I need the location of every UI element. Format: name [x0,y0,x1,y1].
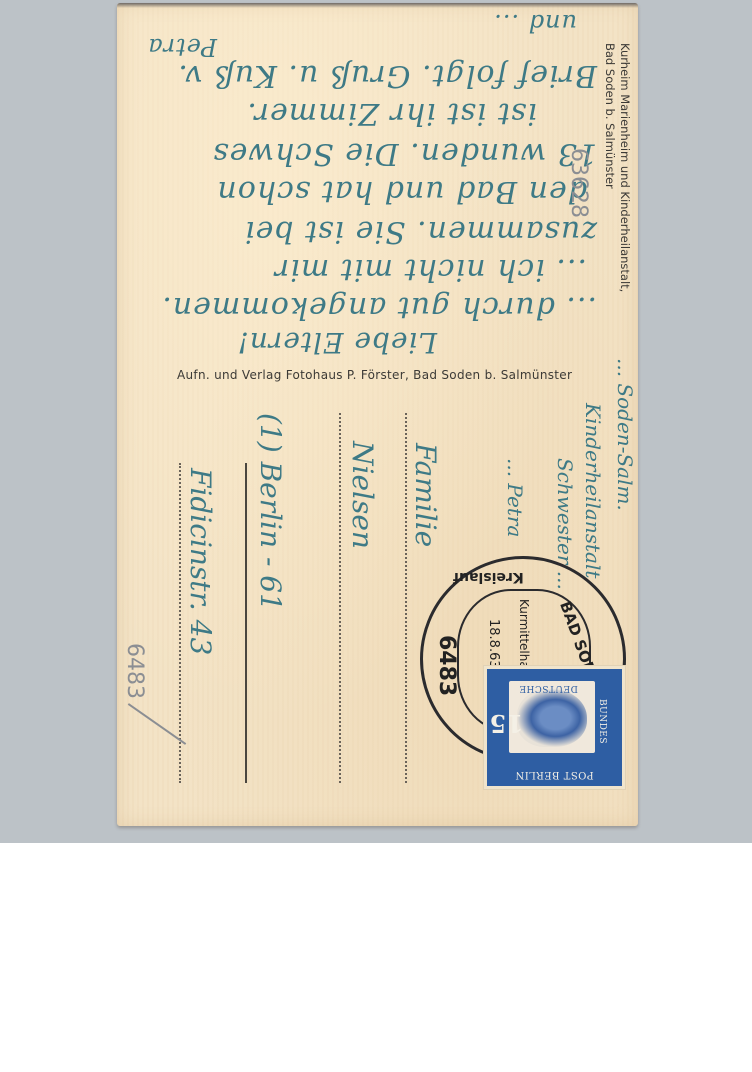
postcard: Liebe Eltern! ... durch gut angekommen. … [117,3,638,826]
message-line: 13 wunden. Die Schwes [212,136,597,171]
address-line-divider [179,463,181,783]
printed-vertical-caption: Kurheim Marienheim und Kinderheilanstalt… [592,43,632,333]
address-line-divider [339,413,341,783]
message-line: ... ich nicht mit mir [274,252,587,287]
message-line: Brief folgt. Gruß u. Kuß v. [177,58,597,93]
stamp-issuer-top: DEUTSCHE [519,683,578,693]
caption-line: Kurheim Marienheim und Kinderheilanstalt… [617,43,632,333]
publisher-caption: Aufn. und Verlag Fotohaus P. Förster, Ba… [177,368,572,382]
postmark-date: 18.8.63 [486,619,501,669]
address-line-1: Familie [409,443,442,547]
address-line-divider [405,413,407,783]
pencil-catalog-number-left: 6483 [122,643,147,699]
address-line-3: (1) Berlin - 61 [254,413,287,611]
message-line: zusammen. Sie ist bei [244,214,597,249]
handwritten-message: Liebe Eltern! ... durch gut angekommen. … [127,9,597,359]
message-line: ... durch gut angekommen. [161,290,597,325]
sender-line: ... Petra [503,458,527,537]
pencil-catalog-number: 63628 [566,148,591,218]
sender-line: ... Soden-Salm. [613,358,637,511]
postmark-zip: 6483 [434,635,459,696]
stamp-portrait-icon [517,689,587,747]
stamp-side-text: BUNDES [597,699,607,744]
caption-line: Bad Soden b. Salmünster [602,43,617,333]
message-line: Liebe Eltern! [237,326,437,359]
message-line: den Bad und hat schon [216,174,587,209]
address-line-4: Fidicinstr. 43 [184,468,217,655]
sender-line: Kinderheilanstalt [581,403,605,578]
message-line: Petra [147,33,217,61]
postage-stamp: DEUTSCHE POST BERLIN BUNDES 15 [484,666,625,789]
postmark-top-text: Kreislauf [453,569,524,585]
stamp-value: 15 [489,709,523,738]
message-line: und ... [493,9,577,37]
stamp-issuer-bottom: POST BERLIN [515,769,594,780]
message-line: ist ist ihr Zimmer. [246,96,537,131]
address-line-underline [245,463,247,783]
address-line-2: Nielsen [346,441,379,549]
pencil-slash-mark [128,703,186,745]
